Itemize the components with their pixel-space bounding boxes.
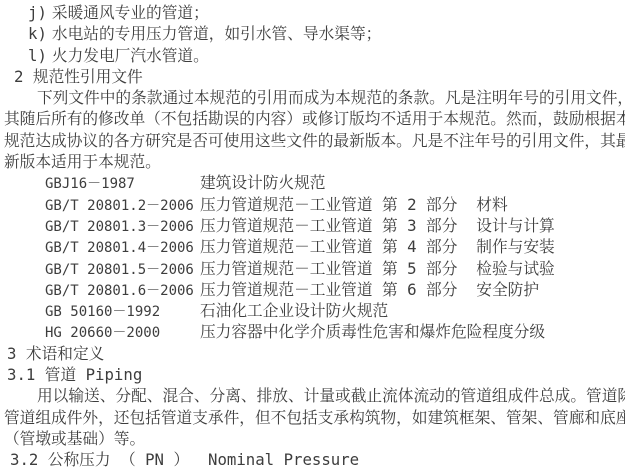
reference-title: 压力管道规范－工业管道 第 2 部分 材料 xyxy=(200,194,508,215)
list-marker: l) xyxy=(28,45,47,66)
list-item-j: j)采暖通风专业的管道； xyxy=(0,2,625,23)
reference-row: GBJ16－1987建筑设计防火规范 xyxy=(0,172,625,193)
reference-code: GBJ16－1987 xyxy=(45,176,135,192)
paragraph-line: 用以输送、分配、混合、分离、排放、计量或截止流体流动的管道组成件总成。管道除 xyxy=(0,385,625,406)
reference-row: GB/T 20801.3－2006压力管道规范－工业管道 第 3 部分 设计与计… xyxy=(0,215,625,236)
reference-row: GB/T 20801.2－2006压力管道规范－工业管道 第 2 部分 材料 xyxy=(0,194,625,215)
paragraph-line: 新版本适用于本规范。 xyxy=(0,151,625,172)
reference-title: 压力管道规范－工业管道 第 5 部分 检验与试验 xyxy=(200,258,555,279)
reference-row: GB 50160－1992石油化工企业设计防火规范 xyxy=(0,300,625,321)
paragraph-line: 其随后所有的修改单（不包括勘误的内容）或修订版均不适用于本规范。然而，鼓励根据本 xyxy=(0,108,625,129)
reference-code: GB/T 20801.6－2006 xyxy=(45,283,194,299)
paragraph-line: （管墩或基础）等。 xyxy=(0,428,625,449)
paragraph-line: 规范达成协议的各方研究是否可使用这些文件的最新版本。凡是不注年号的引用文件，其最 xyxy=(0,130,625,151)
reference-title: 建筑设计防火规范 xyxy=(200,172,326,193)
reference-title: 石油化工企业设计防火规范 xyxy=(200,300,388,321)
reference-code: GB/T 20801.4－2006 xyxy=(45,240,194,256)
list-item-k: k)水电站的专用压力管道，如引水管、导水渠等； xyxy=(0,23,625,44)
section-3-heading: 3 术语和定义 xyxy=(0,343,625,364)
term-3-2-heading: 3.2 公称压力 （ PN ） Nominal Pressure xyxy=(0,449,625,468)
reference-title: 压力管道规范－工业管道 第 3 部分 设计与计算 xyxy=(200,215,555,236)
reference-row: GB/T 20801.4－2006压力管道规范－工业管道 第 4 部分 制作与安… xyxy=(0,236,625,257)
section-2-heading: 2 规范性引用文件 xyxy=(0,66,625,87)
reference-row: GB/T 20801.6－2006压力管道规范－工业管道 第 6 部分 安全防护 xyxy=(0,279,625,300)
document-page: j)采暖通风专业的管道； k)水电站的专用压力管道，如引水管、导水渠等； l)火… xyxy=(0,0,625,468)
reference-code: GB/T 20801.3－2006 xyxy=(45,219,194,235)
term-3-1-heading: 3.1 管道 Piping xyxy=(0,364,625,385)
reference-code: GB/T 20801.2－2006 xyxy=(45,198,194,214)
reference-title: 压力管道规范－工业管道 第 6 部分 安全防护 xyxy=(200,279,539,300)
list-item-text: 水电站的专用压力管道，如引水管、导水渠等； xyxy=(52,24,381,43)
references-list: GBJ16－1987建筑设计防火规范 GB/T 20801.2－2006压力管道… xyxy=(0,172,625,342)
reference-code: GB 50160－1992 xyxy=(45,304,160,320)
reference-code: HG 20660－2000 xyxy=(45,325,160,341)
list-item-l: l)火力发电厂汽水管道。 xyxy=(0,45,625,66)
reference-title: 压力容器中化学介质毒性危害和爆炸危险程度分级 xyxy=(200,321,545,342)
reference-row: GB/T 20801.5－2006压力管道规范－工业管道 第 5 部分 检验与试… xyxy=(0,258,625,279)
reference-code: GB/T 20801.5－2006 xyxy=(45,262,194,278)
list-item-text: 采暖通风专业的管道； xyxy=(52,3,209,22)
reference-title: 压力管道规范－工业管道 第 4 部分 制作与安装 xyxy=(200,236,555,257)
list-item-text: 火力发电厂汽水管道。 xyxy=(52,46,209,65)
paragraph-line: 管道组成件外，还包括管道支承件，但不包括支承构筑物，如建筑框架、管架、管廊和底座 xyxy=(0,407,625,428)
list-marker: j) xyxy=(28,2,47,23)
reference-row: HG 20660－2000压力容器中化学介质毒性危害和爆炸危险程度分级 xyxy=(0,321,625,342)
paragraph-line: 下列文件中的条款通过本规范的引用而成为本规范的条款。凡是注明年号的引用文件， xyxy=(0,87,625,108)
list-marker: k) xyxy=(28,23,47,44)
